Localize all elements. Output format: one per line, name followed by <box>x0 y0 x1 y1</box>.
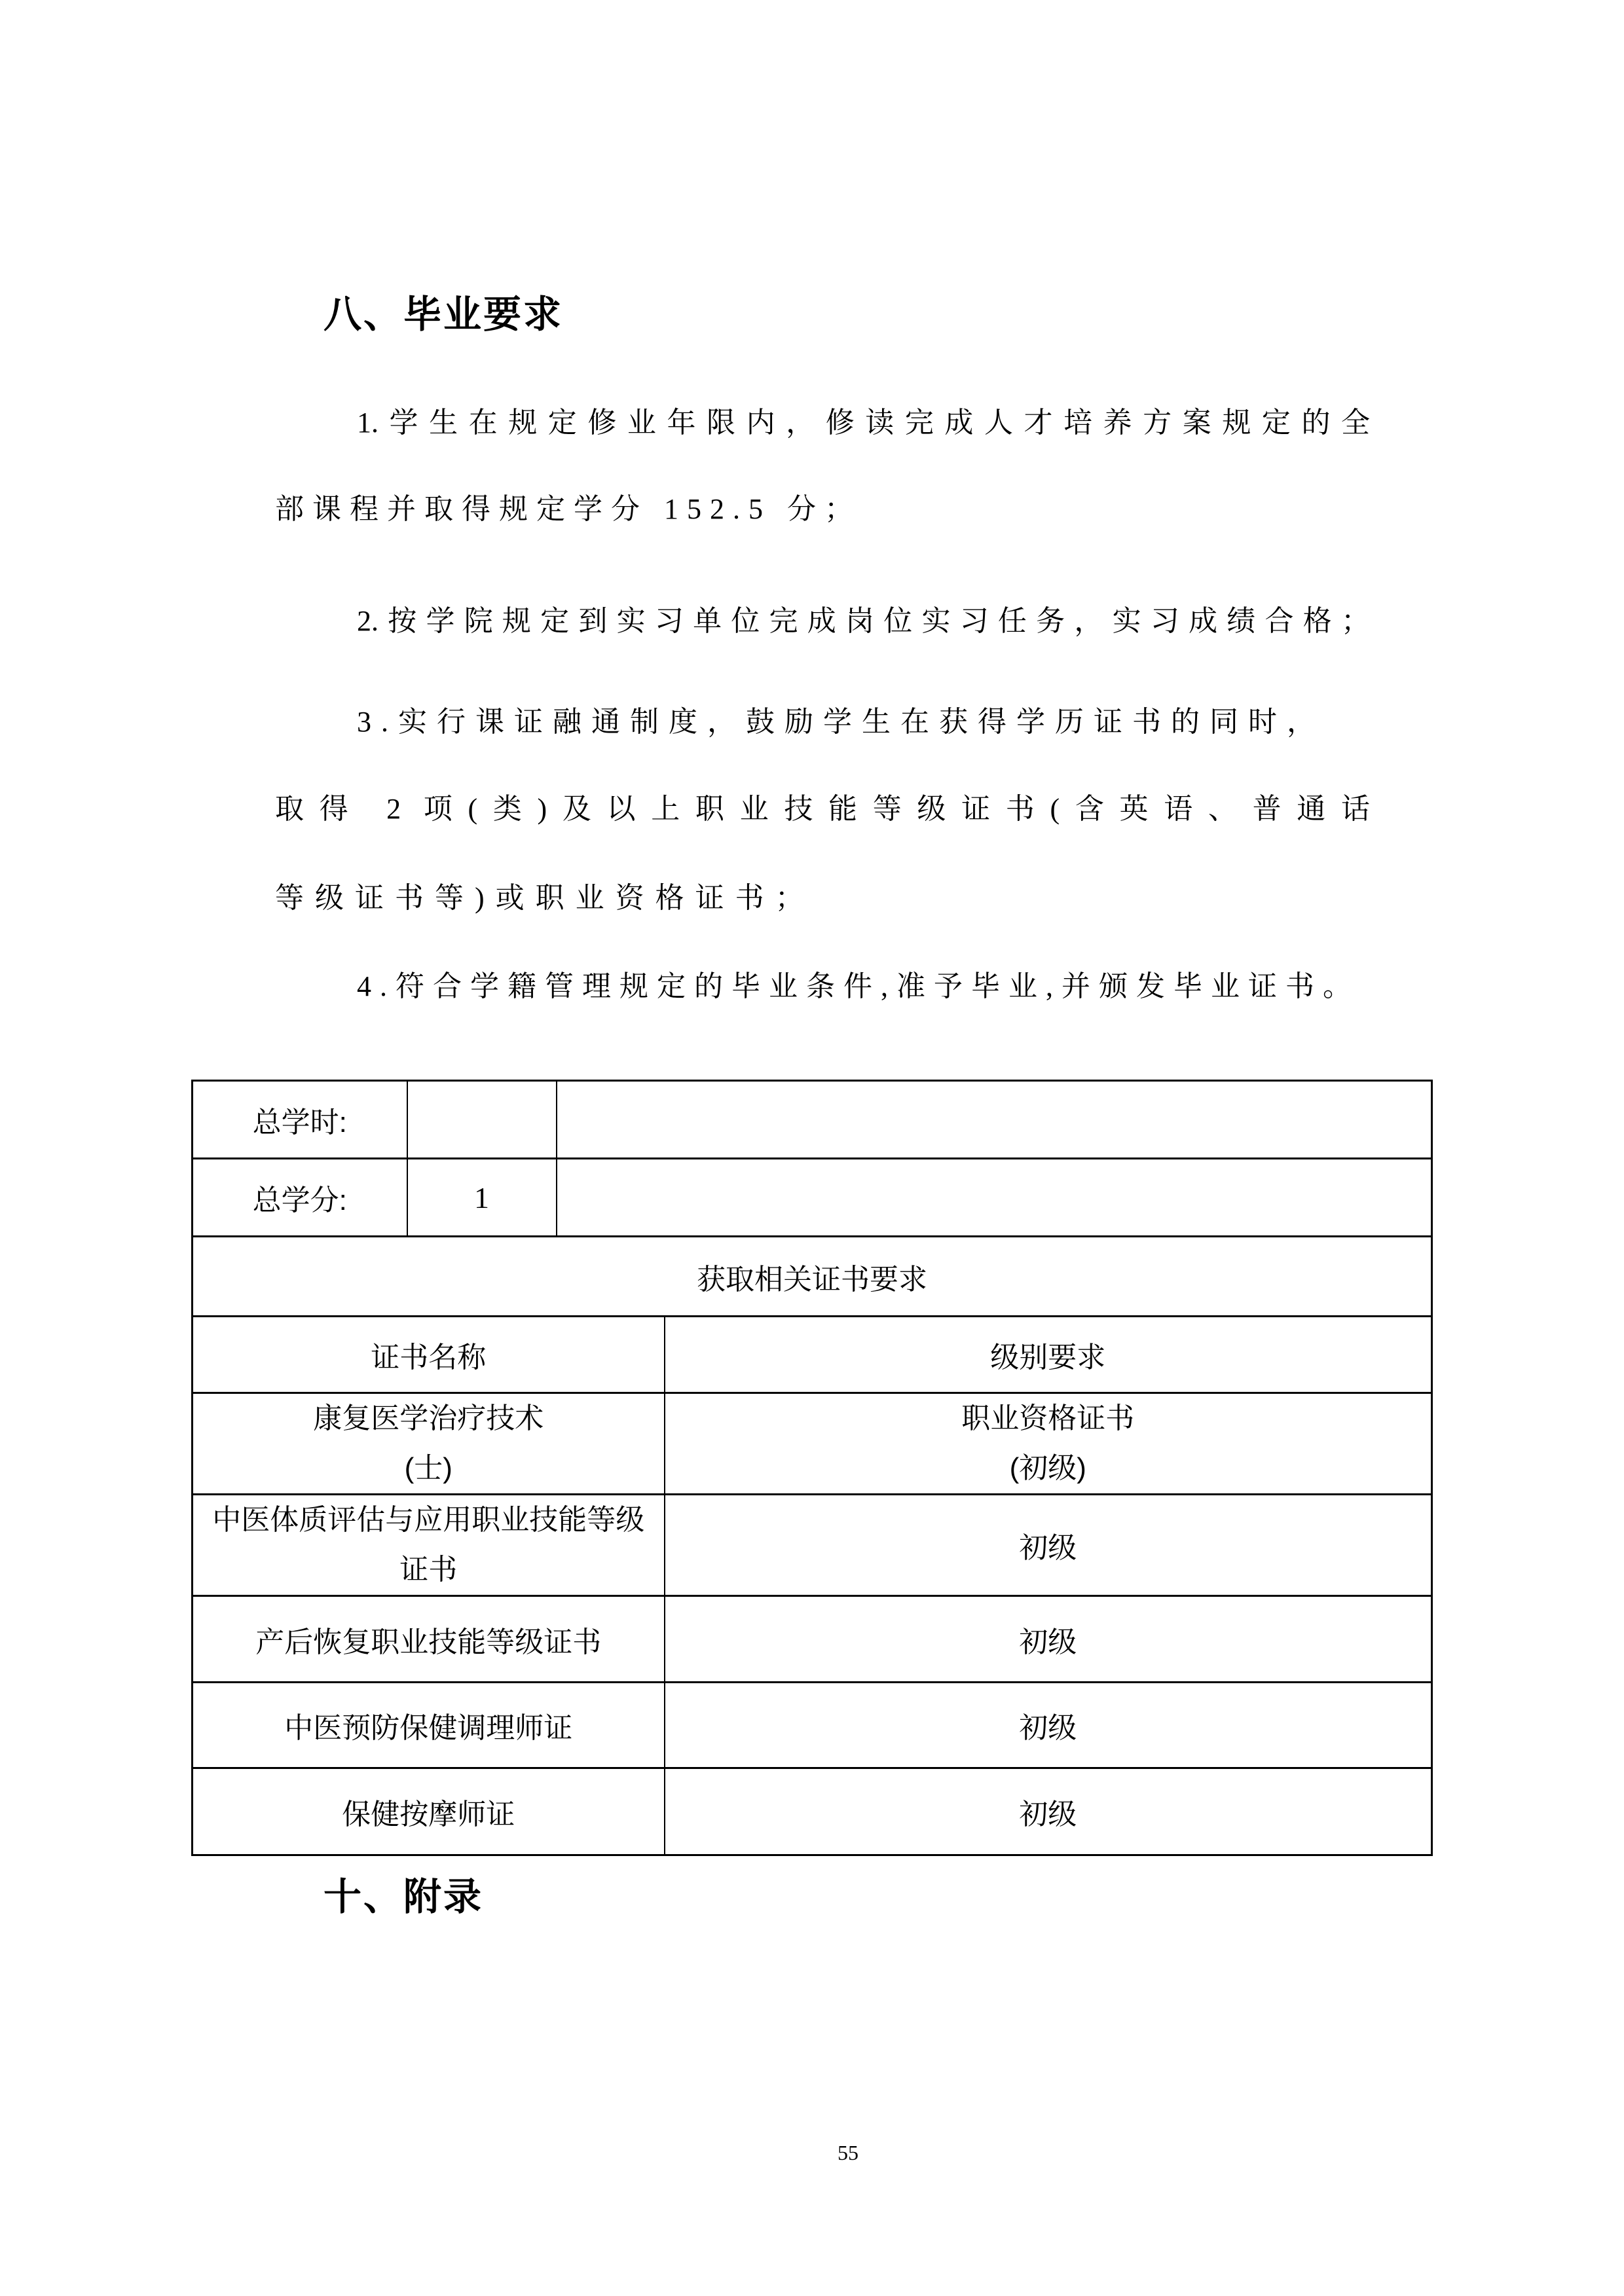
cert-name-cell: 产后恢复职业技能等级证书 <box>193 1596 665 1683</box>
cert-level-cell: 职业资格证书 (初级) <box>665 1393 1432 1495</box>
heading-graduation-requirements: 八、毕业要求 <box>323 292 563 338</box>
col-certificate-name-cell: 证书名称 <box>193 1317 665 1393</box>
total-hours-note-cell <box>557 1081 1432 1159</box>
table-row-certificates-header: 获取相关证书要求 <box>193 1237 1432 1317</box>
cert-level-line1: 职业资格证书 <box>665 1394 1431 1444</box>
body-line-3: 2.按学院规定到实习单位完成岗位实习任务，实习成绩合格； <box>275 601 1370 642</box>
table-row-cert-postpartum: 产后恢复职业技能等级证书 初级 <box>193 1596 1432 1683</box>
cert-level-line2: (初级) <box>665 1444 1431 1493</box>
certificates-header-cell: 获取相关证书要求 <box>193 1237 1432 1317</box>
table-row-column-headers: 证书名称 级别要求 <box>193 1317 1432 1393</box>
total-credits-label-cell: 总学分: <box>193 1159 407 1237</box>
total-credits-note-cell <box>557 1159 1432 1237</box>
cert-name-line2: (士) <box>193 1444 664 1493</box>
cert-name-cell: 中医预防保健调理师证 <box>193 1683 665 1768</box>
total-credits-value-cell: 1 <box>407 1159 557 1237</box>
certificate-requirements-table: 总学时: 总学分: 1 获取相关证书要求 证书名称 级别要求 康复医学治疗技术 … <box>191 1080 1433 1856</box>
body-line-6: 等级证书等)或职业资格证书； <box>275 878 1370 919</box>
table-row-cert-massage: 保健按摩师证 初级 <box>193 1768 1432 1855</box>
cert-name-cell: 康复医学治疗技术 (士) <box>193 1393 665 1495</box>
page-number: 55 <box>275 2140 1421 2166</box>
total-hours-value-cell <box>407 1081 557 1159</box>
table-row-total-hours: 总学时: <box>193 1081 1432 1159</box>
table-row-total-credits: 总学分: 1 <box>193 1159 1432 1237</box>
table-row-cert-tcm-preventive: 中医预防保健调理师证 初级 <box>193 1683 1432 1768</box>
cert-level-cell: 初级 <box>665 1495 1432 1596</box>
body-line-5: 取得 2 项(类)及以上职业技能等级证书(含英语、普通话 <box>275 789 1370 829</box>
body-line-2: 部课程并取得规定学分 152.5 分； <box>275 489 1370 530</box>
cert-level-cell: 初级 <box>665 1683 1432 1768</box>
cert-name-line1: 中医体质评估与应用职业技能等级 <box>193 1495 664 1545</box>
cert-name-line1: 康复医学治疗技术 <box>193 1394 664 1444</box>
table-row-cert-rehab-tech: 康复医学治疗技术 (士) 职业资格证书 (初级) <box>193 1393 1432 1495</box>
total-hours-label-cell: 总学时: <box>193 1081 407 1159</box>
cert-name-cell: 保健按摩师证 <box>193 1768 665 1855</box>
cert-level-cell: 初级 <box>665 1596 1432 1683</box>
cert-level-cell: 初级 <box>665 1768 1432 1855</box>
cert-name-cell: 中医体质评估与应用职业技能等级 证书 <box>193 1495 665 1596</box>
body-line-4: 3.实行课证融通制度，鼓励学生在获得学历证书的同时， <box>275 702 1370 742</box>
col-level-requirement-cell: 级别要求 <box>665 1317 1432 1393</box>
body-line-7: 4.符合学籍管理规定的毕业条件,准予毕业,并颁发毕业证书。 <box>275 966 1370 1007</box>
body-line-1: 1.学生在规定修业年限内，修读完成人才培养方案规定的全 <box>275 403 1370 443</box>
document-page: 八、毕业要求 1.学生在规定修业年限内，修读完成人才培养方案规定的全 部课程并取… <box>0 0 1624 2296</box>
cert-name-line2: 证书 <box>193 1545 664 1595</box>
heading-appendix: 十、附录 <box>323 1874 483 1920</box>
table-row-cert-tcm-constitution: 中医体质评估与应用职业技能等级 证书 初级 <box>193 1495 1432 1596</box>
